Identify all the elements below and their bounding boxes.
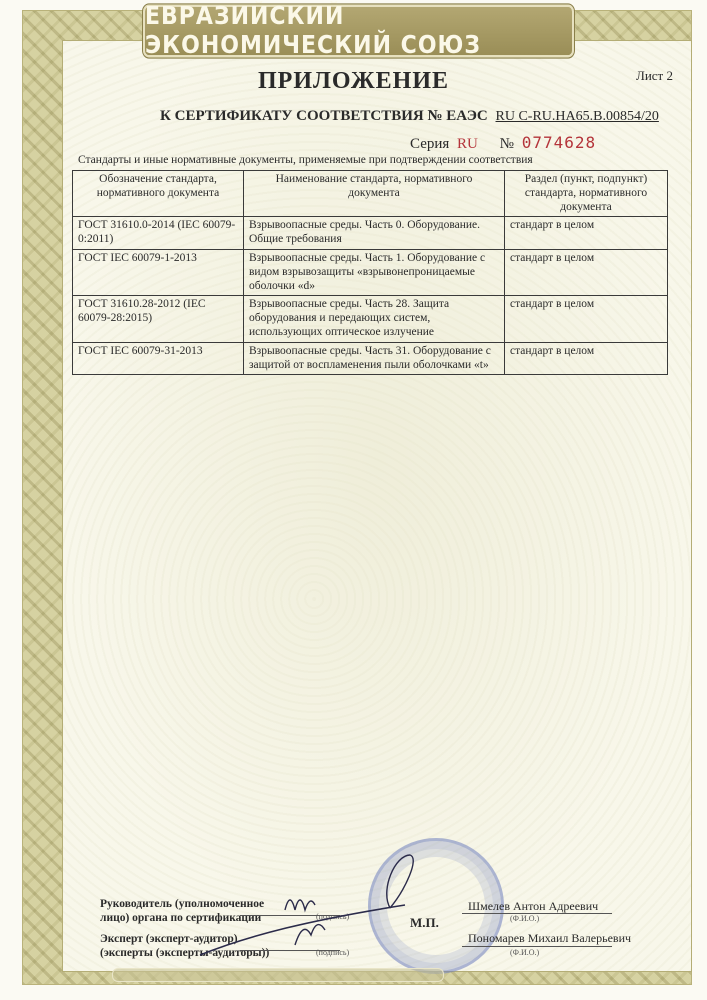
certificate-number: RU C-RU.HA65.B.00854/20 [496, 109, 659, 124]
expert-name: Пономарев Михаил Валерьевич [468, 931, 631, 946]
number-label: № [500, 136, 514, 152]
cell-section: стандарт в целом [505, 217, 668, 250]
intro-text: Стандарты и иные нормативные документы, … [78, 154, 533, 166]
table-row: ГОСТ 31610.0-2014 (IEC 60079-0:2011) Взр… [73, 217, 668, 250]
cell-name: Взрывоопасные среды. Часть 31. Оборудова… [244, 342, 505, 375]
union-banner: ЕВРАЗИЙСКИЙ ЭКОНОМИЧЕСКИЙ СОЮЗ [143, 5, 574, 58]
cell-name: Взрывоопасные среды. Часть 1. Оборудован… [244, 249, 505, 295]
cell-section: стандарт в целом [505, 296, 668, 342]
table-row: ГОСТ 31610.28-2012 (IEC 60079-28:2015) В… [73, 296, 668, 342]
cell-name: Взрывоопасные среды. Часть 0. Оборудован… [244, 217, 505, 250]
cell-designation: ГОСТ 31610.0-2014 (IEC 60079-0:2011) [73, 217, 244, 250]
printer-footer-band [112, 968, 444, 982]
expert-name-line [462, 946, 612, 947]
subtitle-prefix: К СЕРТИФИКАТУ СООТВЕТСТВИЯ № ЕАЭС [160, 108, 488, 124]
cell-designation: ГОСТ IEC 60079-31-2013 [73, 342, 244, 375]
table-header-row: Обозначение стандарта, нормативного доку… [73, 171, 668, 217]
series-line: Серия RU № 0774628 [410, 133, 596, 153]
series-value: RU [457, 136, 478, 152]
header-name: Наименование стандарта, нормативного док… [244, 171, 505, 217]
table-row: ГОСТ IEC 60079-31-2013 Взрывоопасные сре… [73, 342, 668, 375]
header-designation: Обозначение стандарта, нормативного доку… [73, 171, 244, 217]
certificate-subtitle: К СЕРТИФИКАТУ СООТВЕТСТВИЯ № ЕАЭС RU C-R… [160, 108, 659, 125]
cell-designation: ГОСТ IEC 60079-1-2013 [73, 249, 244, 295]
header-section: Раздел (пункт, подпункт) стандарта, норм… [505, 171, 668, 217]
standards-table: Обозначение стандарта, нормативного доку… [72, 170, 668, 375]
head-fio-caption: (Ф.И.О.) [510, 914, 539, 923]
head-name: Шмелев Антон Адреевич [468, 899, 598, 914]
expert-fio-caption: (Ф.И.О.) [510, 948, 539, 957]
cell-designation: ГОСТ 31610.28-2012 (IEC 60079-28:2015) [73, 296, 244, 342]
document-title: ПРИЛОЖЕНИЕ [0, 68, 707, 95]
cell-name: Взрывоопасные среды. Часть 28. Защита об… [244, 296, 505, 342]
handwritten-signature-icon [190, 850, 430, 960]
sheet-number: Лист 2 [636, 68, 673, 84]
cell-section: стандарт в целом [505, 342, 668, 375]
table-row: ГОСТ IEC 60079-1-2013 Взрывоопасные сред… [73, 249, 668, 295]
series-label: Серия [410, 136, 449, 152]
form-number: 0774628 [522, 133, 596, 152]
cell-section: стандарт в целом [505, 249, 668, 295]
